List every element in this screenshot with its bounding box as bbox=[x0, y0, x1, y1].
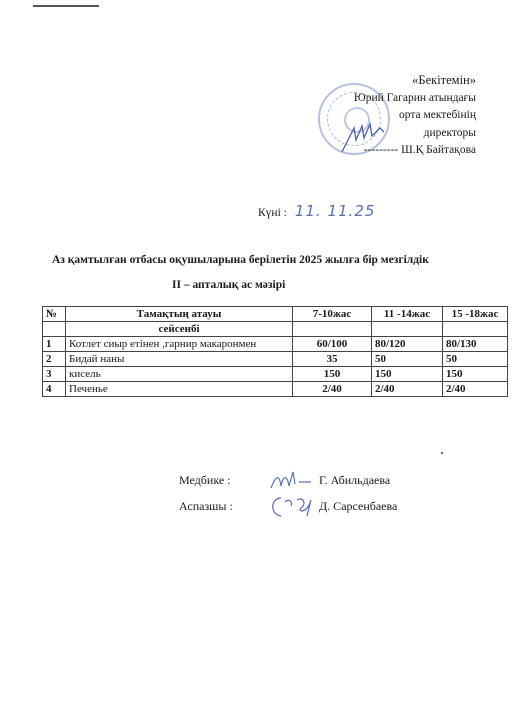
header-age-7-10: 7-10жас bbox=[293, 307, 372, 322]
portion-7-10: 2/40 bbox=[293, 382, 372, 397]
table-row: 2Бидай наны355050 bbox=[43, 352, 508, 367]
header-age-15-18: 15 -18жас bbox=[443, 307, 508, 322]
document-subtitle: ІІ – апталық ас мәзірі bbox=[172, 279, 285, 291]
signature-role: Медбике : bbox=[179, 473, 267, 488]
header-age-11-14: 11 -14жас bbox=[372, 307, 443, 322]
scan-artifact-line bbox=[33, 5, 99, 7]
document-title: Аз қамтылған отбасы оқушыларына берілеті… bbox=[52, 254, 429, 266]
row-num: 3 bbox=[43, 367, 66, 382]
row-num: 2 bbox=[43, 352, 66, 367]
portion-7-10: 150 bbox=[293, 367, 372, 382]
signature-person: Г. Абильдаева bbox=[319, 473, 390, 488]
approval-school-type: орта мектебінің bbox=[354, 107, 476, 125]
portion-11-14: 2/40 bbox=[372, 382, 443, 397]
day-label: сейсенбі bbox=[66, 322, 293, 337]
portion-11-14: 50 bbox=[372, 352, 443, 367]
portion-15-18: 80/130 bbox=[443, 337, 508, 352]
table-row: 3кисель150150150 bbox=[43, 367, 508, 382]
portion-15-18: 50 bbox=[443, 352, 508, 367]
dish-name: Бидай наны bbox=[66, 352, 293, 367]
approval-heading: «Бекітемін» bbox=[354, 72, 476, 90]
cook-signature bbox=[267, 494, 317, 518]
approval-block: «Бекітемін» Юрий Гагарин атындағы орта м… bbox=[354, 72, 476, 160]
signature-person: Д. Сарсенбаева bbox=[319, 499, 397, 514]
approval-school: Юрий Гагарин атындағы bbox=[354, 90, 476, 108]
portion-7-10: 60/100 bbox=[293, 337, 372, 352]
approval-position: директоры bbox=[354, 125, 476, 143]
signature-role: Аспазшы : bbox=[179, 499, 267, 514]
portion-15-18: 2/40 bbox=[443, 382, 508, 397]
portion-7-10: 35 bbox=[293, 352, 372, 367]
date-row: Күні : 11. 11.25 bbox=[258, 202, 375, 220]
row-num: 1 bbox=[43, 337, 66, 352]
portion-15-18: 150 bbox=[443, 367, 508, 382]
date-value: 11. 11.25 bbox=[295, 202, 376, 220]
table-header-row: № Тамақтың атауы 7-10жас 11 -14жас 15 -1… bbox=[43, 307, 508, 322]
portion-11-14: 150 bbox=[372, 367, 443, 382]
day-row: сейсенбі bbox=[43, 322, 508, 337]
table-row: 4Печенье2/402/402/40 bbox=[43, 382, 508, 397]
approval-director-name: --------- Ш.Қ Байтақова bbox=[354, 142, 476, 160]
signature-row-nurse: Медбике : Г. Абильдаева bbox=[179, 468, 390, 492]
menu-table: № Тамақтың атауы 7-10жас 11 -14жас 15 -1… bbox=[42, 306, 508, 397]
date-label: Күні : bbox=[258, 207, 287, 219]
portion-11-14: 80/120 bbox=[372, 337, 443, 352]
table-row: 1Котлет сиыр етінен ,гарнир макаронмен60… bbox=[43, 337, 508, 352]
dish-name: Котлет сиыр етінен ,гарнир макаронмен bbox=[66, 337, 293, 352]
nurse-signature bbox=[267, 468, 317, 492]
header-num: № bbox=[43, 307, 66, 322]
row-num: 4 bbox=[43, 382, 66, 397]
header-dish-name: Тамақтың атауы bbox=[66, 307, 293, 322]
dish-name: Печенье bbox=[66, 382, 293, 397]
signature-row-cook: Аспазшы : Д. Сарсенбаева bbox=[179, 494, 397, 518]
scan-dot bbox=[441, 452, 443, 454]
dish-name: кисель bbox=[66, 367, 293, 382]
